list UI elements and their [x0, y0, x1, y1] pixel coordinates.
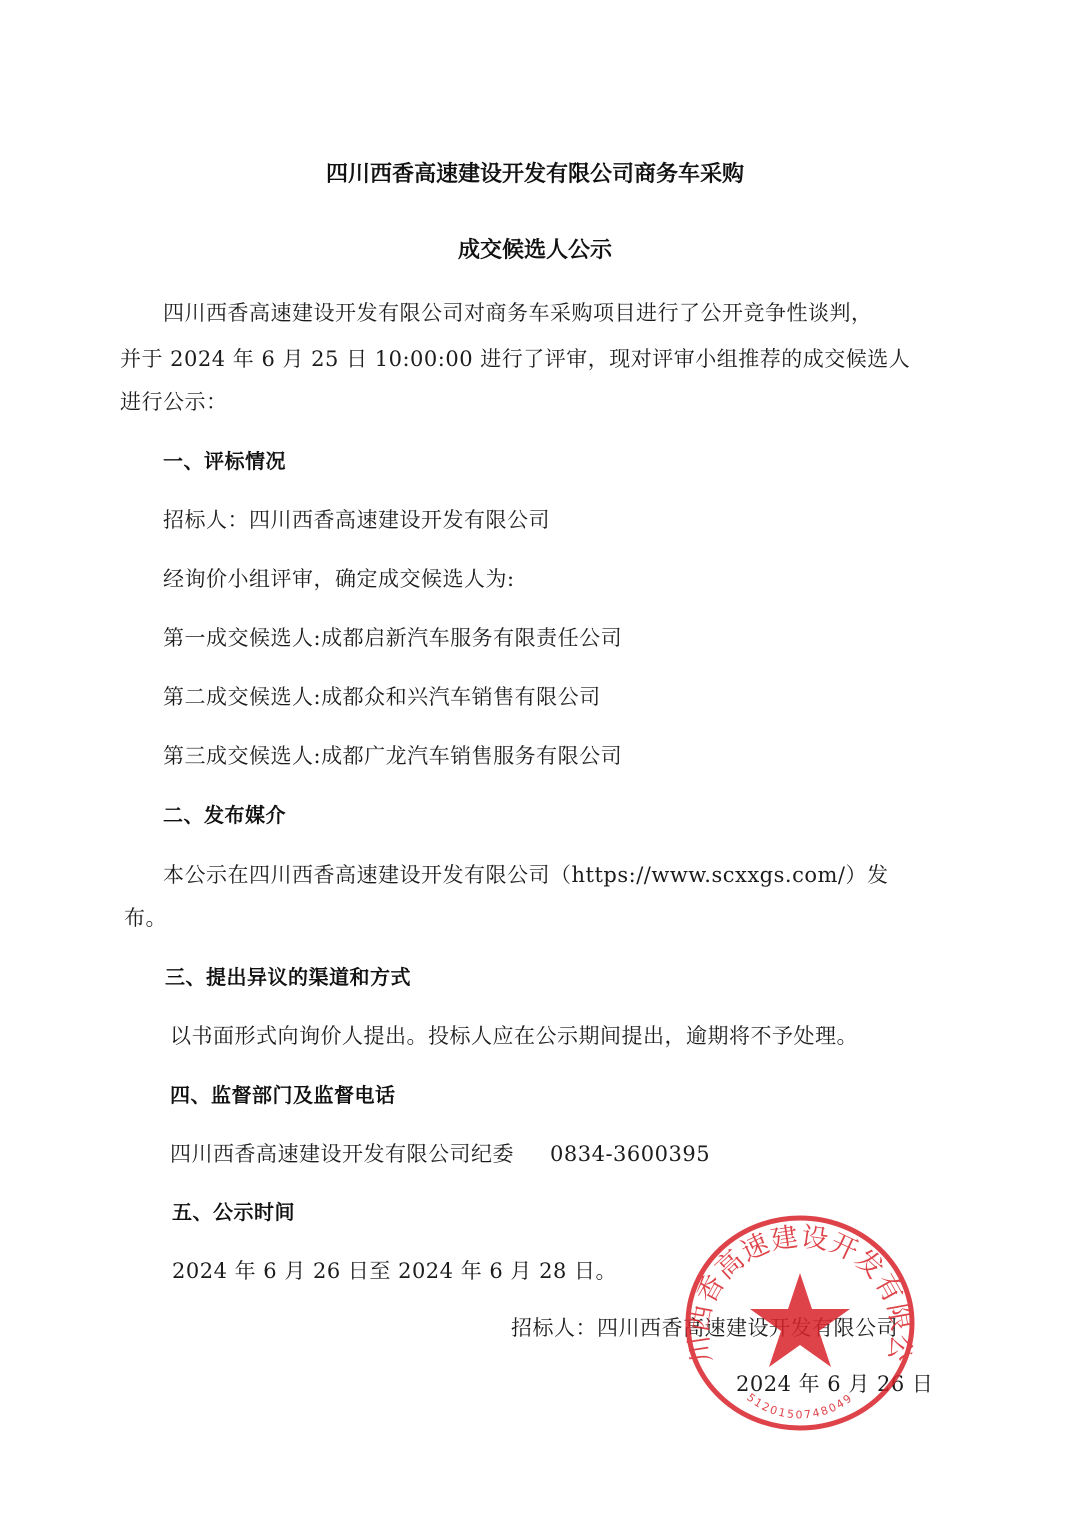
- signature-tenderer: 招标人：四川西香高速建设开发有限公司: [511, 1312, 898, 1342]
- supervision-line: 四川西香高速建设开发有限公司纪委0834-3600395: [170, 1138, 710, 1168]
- section5-heading: 五、公示时间: [172, 1196, 295, 1225]
- document-title-line1: 四川西香高速建设开发有限公司商务车采购: [0, 157, 1075, 188]
- review-statement: 经询价小组评审，确定成交候选人为:: [163, 563, 515, 593]
- supervision-phone: 0834-3600395: [550, 1142, 710, 1166]
- intro-line-1: 四川西香高速建设开发有限公司对商务车采购项目进行了公开竞争性谈判，: [163, 297, 873, 327]
- candidate-1-label: 第一成交候选人:: [163, 626, 321, 650]
- candidate-3-name: 成都广龙汽车销售服务有限公司: [321, 744, 622, 768]
- publicity-period: 2024 年 6 月 26 日至 2024 年 6 月 28 日。: [172, 1255, 617, 1285]
- signature-date: 2024 年 6 月 26 日: [736, 1368, 933, 1398]
- objection-text: 以书面形式向询价人提出。投标人应在公示期间提出，逾期将不予处理。: [170, 1020, 858, 1050]
- publish-line-1: 本公示在四川西香高速建设开发有限公司（https://www.scxxgs.co…: [163, 859, 888, 889]
- intro-line-2: 并于 2024 年 6 月 25 日 10:00:00 进行了评审，现对评审小组…: [120, 343, 910, 373]
- candidate-1: 第一成交候选人:成都启新汽车服务有限责任公司: [163, 622, 622, 652]
- publish-line-2: 布。: [124, 902, 167, 932]
- section1-heading: 一、评标情况: [163, 445, 286, 474]
- intro-line-3: 进行公示：: [120, 386, 228, 416]
- section3-heading: 三、提出异议的渠道和方式: [165, 961, 411, 990]
- document-page: 四川西香高速建设开发有限公司商务车采购 成交候选人公示 四川西香高速建设开发有限…: [0, 0, 1080, 1528]
- candidate-2-name: 成都众和兴汽车销售有限公司: [321, 685, 601, 709]
- candidate-1-name: 成都启新汽车服务有限责任公司: [321, 626, 622, 650]
- section4-heading: 四、监督部门及监督电话: [170, 1079, 396, 1108]
- document-title-line2: 成交候选人公示: [0, 233, 1075, 264]
- candidate-2: 第二成交候选人:成都众和兴汽车销售有限公司: [163, 681, 601, 711]
- tenderer-line: 招标人：四川西香高速建设开发有限公司: [163, 504, 550, 534]
- section2-heading: 二、发布媒介: [163, 799, 286, 828]
- candidate-3-label: 第三成交候选人:: [163, 744, 321, 768]
- candidate-2-label: 第二成交候选人:: [163, 685, 321, 709]
- supervision-department: 四川西香高速建设开发有限公司纪委: [170, 1142, 514, 1166]
- candidate-3: 第三成交候选人:成都广龙汽车销售服务有限公司: [163, 740, 622, 770]
